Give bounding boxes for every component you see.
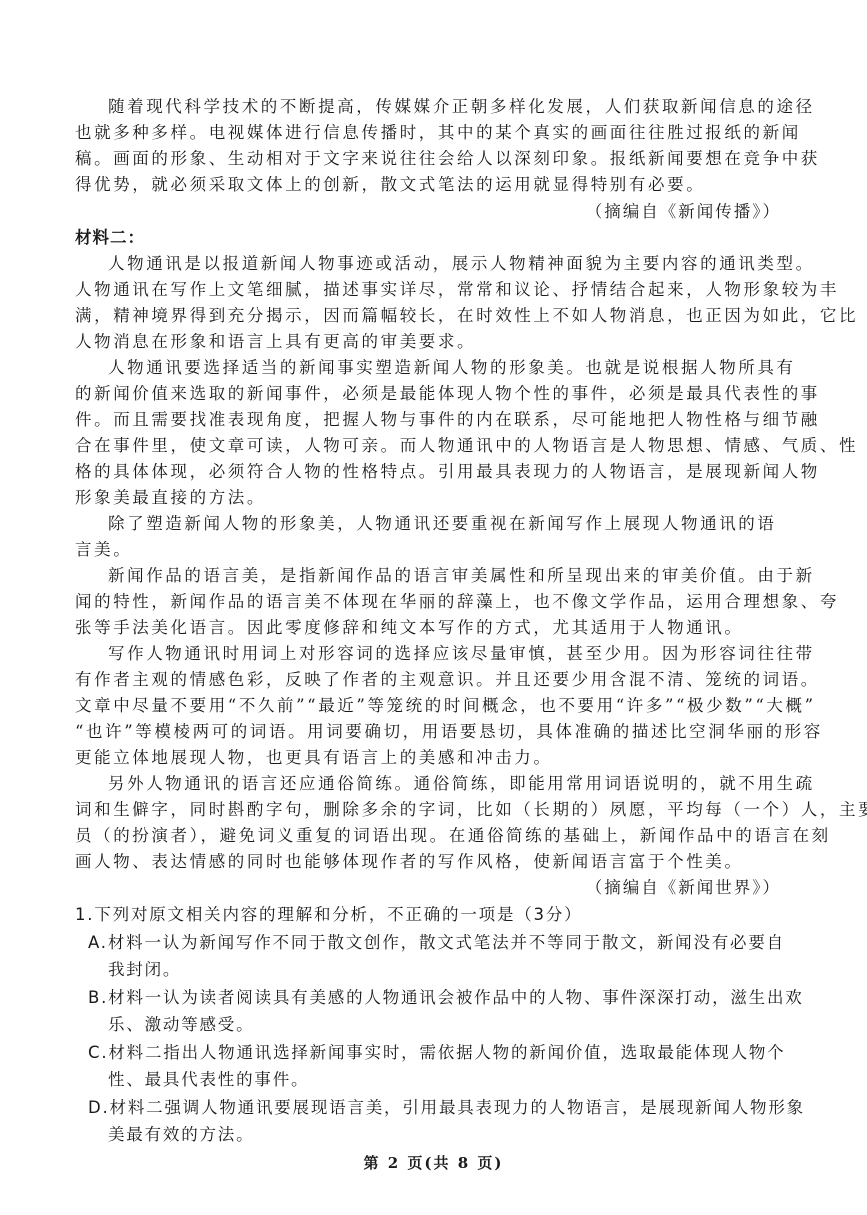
material2-line: 另外人物通讯的语言还应通俗简练。通俗简练，即能用常用词语说明的，就不用生疏: [108, 771, 781, 797]
material2-line: 人物通讯在写作上文笔细腻，描述事实详尽，常常和议论、抒情结合起来，人物形象较为丰: [75, 277, 781, 303]
material2-line: 有作者主观的情感色彩，反映了作者的主观意识。并且还要少用含混不清、笼统的词语。: [75, 667, 781, 693]
option-b-cont: 乐、激动等感受。: [108, 1012, 801, 1038]
material2-line: 写作人物通讯时用词上对形容词的选择应该尽量审慎，甚至少用。因为形容词往往带: [108, 641, 781, 667]
material2-line: 文章中尽量不要用“不久前”“最近”等笼统的时间概念，也不要用“许多”“极少数”“…: [75, 693, 781, 719]
material2-line: “也许”等模棱两可的词语。用词要确切，用语要恳切，具体准确的描述比空洞华丽的形容: [75, 719, 781, 745]
material1-line: 稿。画面的形象、生动相对于文字来说往往会给人以深刻印象。报纸新闻要想在竞争中获: [75, 146, 781, 172]
material2-line: 画人物、表达情感的同时也能够体现作者的写作风格，使新闻语言富于个性美。: [75, 849, 781, 875]
material2-line: 人物通讯要选择适当的新闻事实塑造新闻人物的形象美。也就是说根据人物所具有: [108, 355, 781, 381]
material2-heading: 材料二：: [75, 225, 781, 251]
option-d-cont: 美最有效的方法。: [108, 1122, 801, 1148]
material2-line: 的新闻价值来选取的新闻事件，必须是最能体现人物个性的事件，必须是最具代表性的事: [75, 381, 781, 407]
option-a-cont: 我封闭。: [108, 957, 801, 983]
material2-line: 人物消息在形象和语言上具有更高的审美要求。: [75, 329, 781, 355]
option-c-cont: 性、最具代表性的事件。: [108, 1067, 801, 1093]
material2-line: 合在事件里，使文章可读，人物可亲。而人物通讯中的人物语言是人物思想、情感、气质、…: [75, 433, 781, 459]
question-stem: 1.下列对原文相关内容的理解和分析，不正确的一项是（3分）: [75, 902, 781, 928]
material2-line: 言美。: [75, 537, 781, 563]
material2-line: 词和生僻字，同时斟酌字句，删除多余的字词，比如（长期的）夙愿，平均每（一个）人，…: [75, 797, 781, 823]
exam-page: 随着现代科学技术的不断提高，传媒媒介正朝多样化发展，人们获取新闻信息的途径 也就…: [0, 0, 867, 1215]
material1-line: 得优势，就必须采取文体上的创新，散文式笔法的运用就显得特别有必要。: [75, 172, 781, 198]
material2-citation: （摘编自《新闻世界》）: [75, 875, 781, 901]
material2-line: 更能立体地展现人物，也更具有语言上的美感和冲击力。: [75, 745, 781, 771]
material2-line: 格的具体体现，必须符合人物的性格特点。引用最具表现力的人物语言，是展现新闻人物: [75, 459, 781, 485]
material1-line: 也就多种多样。电视媒体进行信息传播时，其中的某个真实的画面往往胜过报纸的新闻: [75, 120, 781, 146]
material2-line: 除了塑造新闻人物的形象美，人物通讯还要重视在新闻写作上展现人物通讯的语: [108, 511, 781, 537]
page-number: 第 2 页(共 8 页): [0, 1152, 867, 1173]
material2-line: 新闻作品的语言美，是指新闻作品的语言审美属性和所呈现出来的审美价值。由于新: [108, 563, 781, 589]
material2-line: 员（的扮演者），避免词义重复的词语出现。在通俗简练的基础上，新闻作品中的语言在刻: [75, 823, 781, 849]
option-a[interactable]: A.材料一认为新闻写作不同于散文创作，散文式笔法并不等同于散文，新闻没有必要自: [88, 930, 781, 956]
option-d[interactable]: D.材料二强调人物通讯要展现语言美，引用最具表现力的人物语言，是展现新闻人物形象: [88, 1095, 781, 1121]
material2-line: 形象美最直接的方法。: [75, 485, 781, 511]
option-c[interactable]: C.材料二指出人物通讯选择新闻事实时，需依据人物的新闻价值，选取最能体现人物个: [88, 1040, 781, 1066]
material1-line: 随着现代科学技术的不断提高，传媒媒介正朝多样化发展，人们获取新闻信息的途径: [108, 94, 781, 120]
material2-line: 张等手法美化语言。因此零度修辞和纯文本写作的方式，尤其适用于人物通讯。: [75, 615, 781, 641]
material2-line: 闻的特性，新闻作品的语言美不体现在华丽的辞藻上，也不像文学作品，运用合理想象、夸: [75, 589, 781, 615]
material1-citation: （摘编自《新闻传播》）: [75, 199, 781, 225]
material2-line: 人物通讯是以报道新闻人物事迹或活动，展示人物精神面貌为主要内容的通讯类型。: [108, 251, 781, 277]
material2-line: 件。而且需要找准表现角度，把握人物与事件的内在联系，尽可能地把人物性格与细节融: [75, 407, 781, 433]
material2-line: 满，精神境界得到充分揭示，因而篇幅较长，在时效性上不如人物消息，也正因为如此，它…: [75, 303, 781, 329]
option-b[interactable]: B.材料一认为读者阅读具有美感的人物通讯会被作品中的人物、事件深深打动，滋生出欢: [88, 985, 781, 1011]
